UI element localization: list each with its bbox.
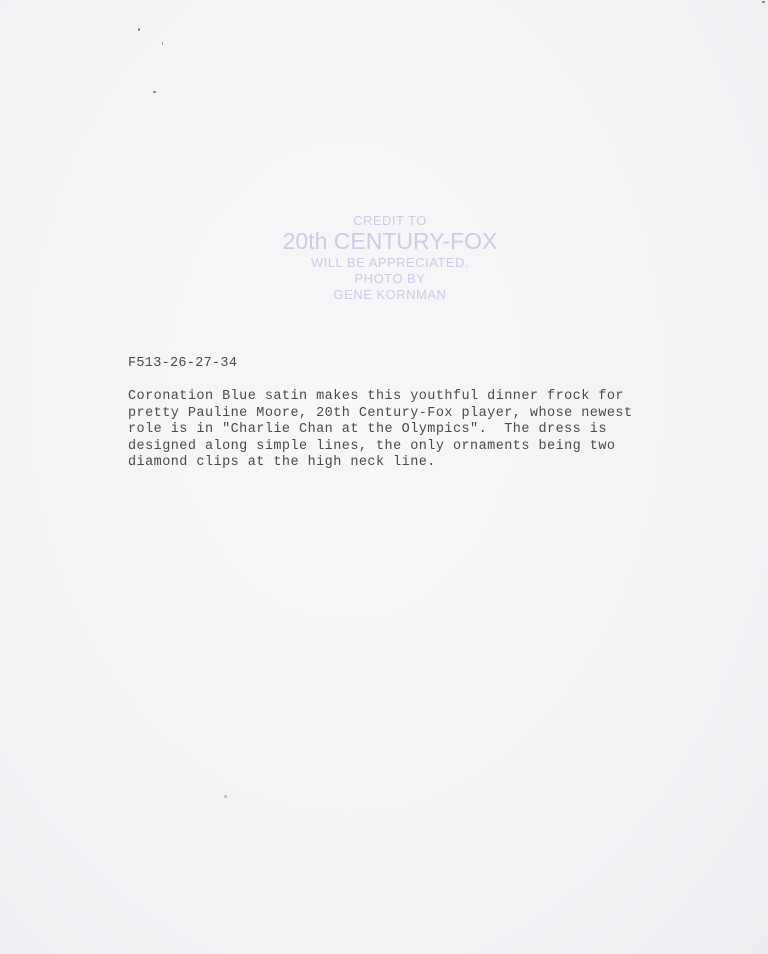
photo-back-paper: [0, 0, 768, 954]
ink-speck: [762, 1, 765, 3]
stamp-line-photographer: GENE KORNMAN: [250, 288, 530, 301]
stamp-line-photo-by: PHOTO BY: [250, 272, 530, 285]
ink-speck: [162, 42, 163, 45]
credit-stamp: CREDIT TO 20th CENTURY-FOX WILL BE APPRE…: [250, 214, 530, 304]
caption-line: diamond clips at the high neck line.: [128, 455, 728, 472]
ink-speck: [138, 28, 140, 31]
caption-line: pretty Pauline Moore, 20th Century-Fox p…: [128, 406, 728, 423]
stamp-line-appreciated: WILL BE APPRECIATED.: [250, 256, 530, 269]
caption-line: Coronation Blue satin makes this youthfu…: [128, 389, 728, 406]
ink-speck: [224, 795, 227, 798]
caption-line: designed along simple lines, the only or…: [128, 439, 728, 456]
stamp-line-studio: 20th CENTURY-FOX: [250, 230, 530, 253]
reference-number: F513-26-27-34: [128, 356, 237, 371]
caption-text: Coronation Blue satin makes this youthfu…: [128, 389, 728, 472]
stamp-line-credit: CREDIT TO: [250, 214, 530, 227]
caption-line: role is in "Charlie Chan at the Olympics…: [128, 422, 728, 439]
ink-speck: [153, 91, 156, 93]
